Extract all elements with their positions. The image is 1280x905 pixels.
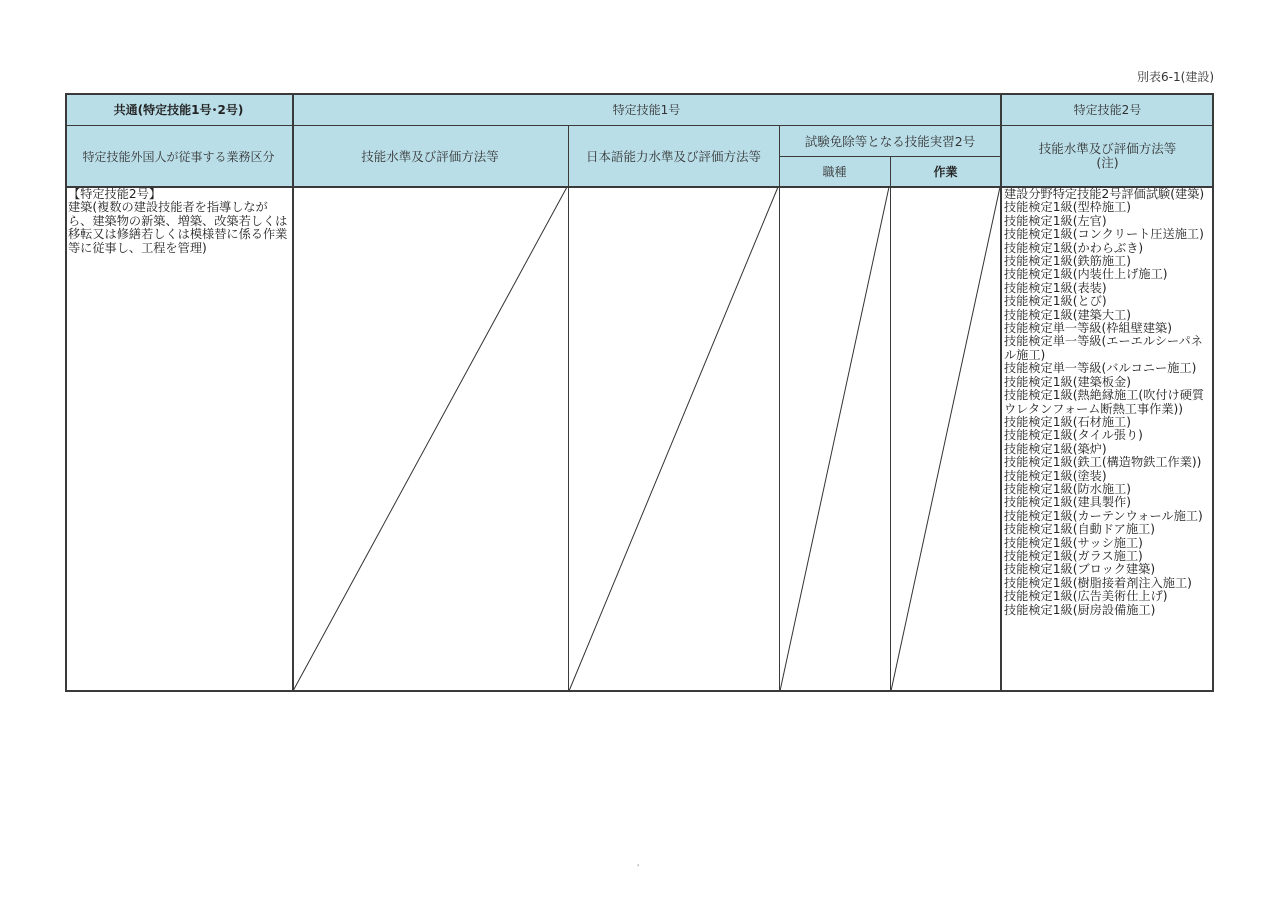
skill2-eval-item: 技能検定1級(広告美術仕上げ) <box>1004 590 1212 603</box>
header-skill2-eval-note: (注) <box>1096 156 1118 170</box>
header-skill2-eval: 技能水準及び評価方法等 (注) <box>1001 125 1214 187</box>
footer-mark: › <box>637 862 639 869</box>
header-skill-level-eval: 技能水準及び評価方法等 <box>292 125 568 187</box>
skill-table: 共通(特定技能1号･2号) 特定技能1号 特定技能2号 特定技能外国人が従事する… <box>65 93 1214 691</box>
divider-col3 <box>779 125 780 691</box>
border-left <box>65 93 67 691</box>
header-common: 共通(特定技能1号･2号) <box>65 93 292 125</box>
header-skill2: 特定技能2号 <box>1001 93 1214 125</box>
skill2-eval-item: 技能検定1級(厨房設備施工) <box>1004 604 1212 617</box>
divider-col1 <box>292 93 294 691</box>
skill2-eval-item: 技能検定1級(サッシ施工) <box>1004 537 1212 550</box>
business-category-text: 【特定技能2号】 建築(複数の建設技能者を指導しながら、建築物の新築、増築、改築… <box>68 188 290 255</box>
diagonal-work <box>891 187 1000 691</box>
divider-col5 <box>1000 93 1002 691</box>
skill2-eval-item: 技能検定1級(建具製作) <box>1004 496 1212 509</box>
skill2-eval-item: 技能検定1級(タイル張り) <box>1004 429 1212 442</box>
skill2-eval-item: 技能検定1級(熱絶縁施工(吹付け硬質ウレタンフォーム断熱工事作業)) <box>1004 389 1212 416</box>
border-right <box>1212 93 1214 691</box>
border-top <box>65 93 1214 95</box>
header-skill1: 特定技能1号 <box>292 93 1001 125</box>
header-work: 作業 <box>890 156 1001 187</box>
skill2-eval-item: 技能検定1級(自動ドア施工) <box>1004 523 1212 536</box>
diagonal-japanese-level <box>569 187 778 691</box>
header-exemption-group: 試験免除等となる技能実習2号 <box>779 125 1001 156</box>
diagonal-occupation <box>780 187 889 691</box>
header-occupation: 職種 <box>779 156 890 187</box>
divider-header-row1 <box>65 125 1214 126</box>
header-business-category: 特定技能外国人が従事する業務区分 <box>65 125 292 187</box>
divider-col4 <box>890 156 891 691</box>
skill2-eval-item: 技能検定1級(コンクリート圧送施工) <box>1004 228 1212 241</box>
header-skill2-eval-title: 技能水準及び評価方法等 <box>1039 142 1177 156</box>
divider-col2 <box>568 125 569 691</box>
divider-header-body <box>65 186 1214 188</box>
skill2-eval-item: 技能検定1級(塗装) <box>1004 470 1212 483</box>
page-label: 別表6-1(建設) <box>1137 68 1214 85</box>
skill2-eval-item: 技能検定単一等級(バルコニー施工) <box>1004 362 1212 375</box>
diagonal-skill-level <box>293 187 567 691</box>
header-japanese-level-eval: 日本語能力水準及び評価方法等 <box>568 125 779 187</box>
skill2-eval-item: 技能検定1級(型枠施工) <box>1004 201 1212 214</box>
skill2-eval-item: 技能検定1級(とび) <box>1004 295 1212 308</box>
skill2-eval-list: 建設分野特定技能2号評価試験(建築)技能検定1級(型枠施工)技能検定1級(左官)… <box>1004 188 1212 617</box>
skill2-eval-item: 技能検定1級(鉄工(構造物鉄工作業)) <box>1004 456 1212 469</box>
skill2-eval-item: 技能検定1級(内装仕上げ施工) <box>1004 268 1212 281</box>
skill2-eval-item: 技能検定1級(ブロック建築) <box>1004 563 1212 576</box>
border-bottom <box>65 690 1214 692</box>
skill2-eval-item: 技能検定単一等級(エーエルシーパネル施工) <box>1004 335 1212 362</box>
